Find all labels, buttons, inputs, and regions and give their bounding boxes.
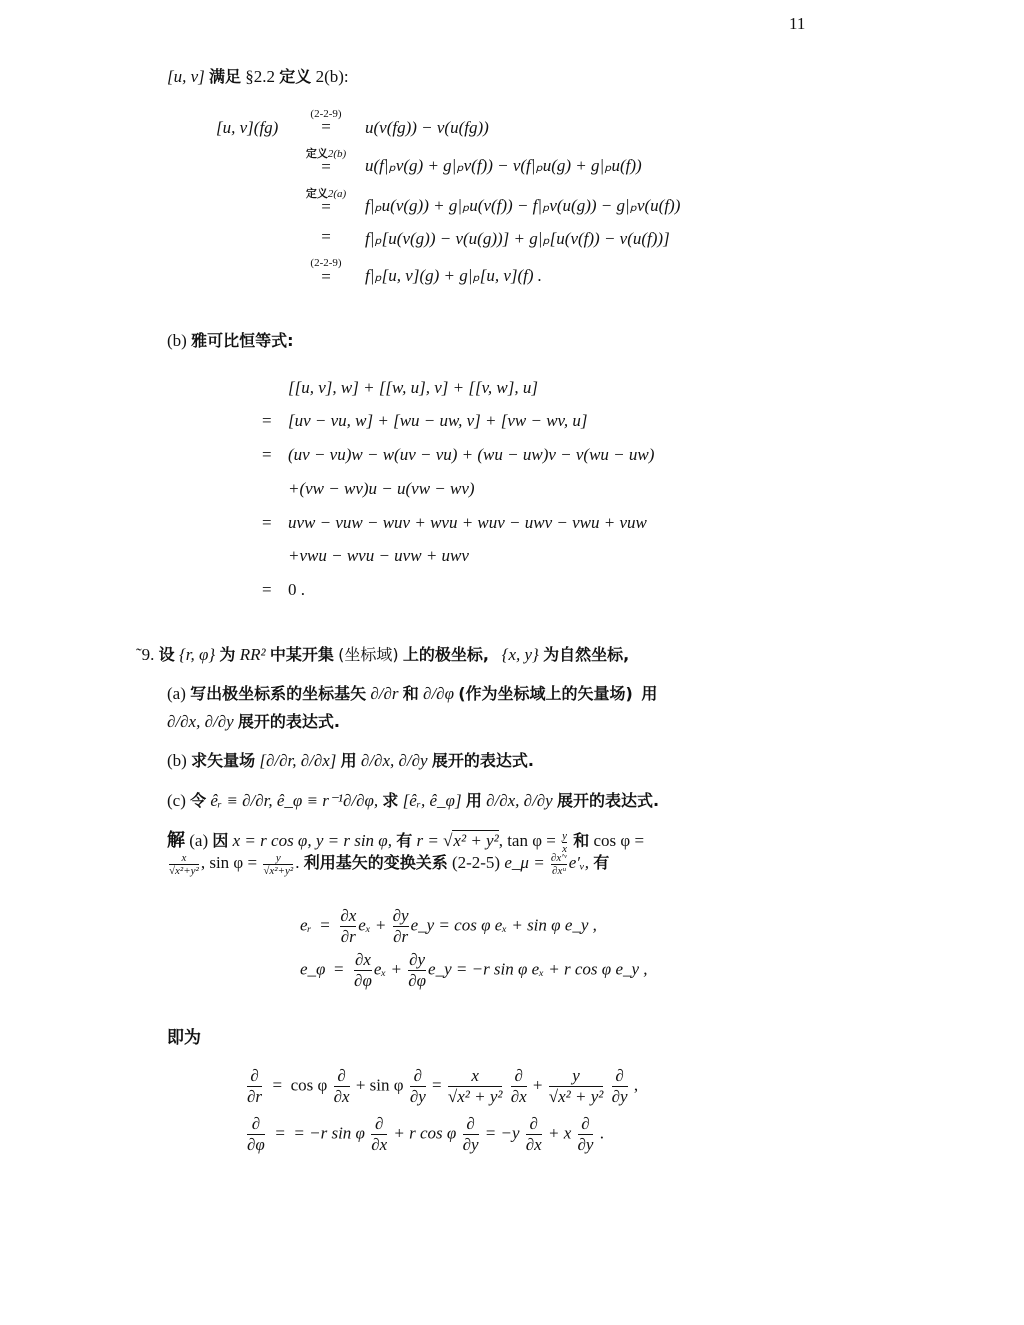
math-fragment: ∂y∂φ: [408, 950, 426, 991]
relation-label: 定义2(b) =: [296, 148, 356, 174]
basis-eq-r: eᵣ = ∂x∂reₓ + ∂y∂re_y = cos φ eₓ + sin φ…: [300, 906, 597, 947]
problem-9b: (b) 求矢量场 [∂/∂r, ∂/∂x] 用 ∂/∂x, ∂/∂y 展开的表达…: [167, 748, 534, 771]
math-fragment: 中某开集: [270, 645, 334, 664]
math-fragment: 利用基矢的变换关系: [304, 853, 448, 872]
math-fragment: cos φ: [291, 1075, 328, 1094]
math-fragment: ∂x∂φ: [354, 950, 372, 991]
math-fragment: x√x²+y²: [169, 852, 199, 877]
math-fragment: (a): [167, 684, 186, 703]
math-fragment: y: [549, 1066, 604, 1086]
math-fragment: 用: [466, 791, 482, 810]
relation-label: (2-2-9) =: [296, 258, 356, 284]
commutator-expr: [u, v]: [167, 67, 205, 86]
derivation-row: f|ₚu(v(g)) + g|ₚu(v(f)) − f|ₚv(u(g)) − g…: [365, 196, 680, 216]
math-fragment: =: [334, 959, 344, 978]
math-fragment: e_y = −r sin φ eₓ + r cos φ e_y ,: [428, 959, 648, 978]
math-fragment: ∂r: [393, 926, 409, 947]
math-fragment: 展开的表达式.: [238, 712, 340, 731]
math-fragment: 展开的表达式.: [432, 751, 534, 770]
part-b-heading: (b) 雅可比恒等式:: [167, 328, 293, 351]
math-fragment: ∂∂y: [410, 1066, 426, 1107]
math-fragment: √x²+y²: [263, 864, 293, 877]
math-fragment: (坐标域): [338, 645, 399, 664]
math-fragment: 为自然坐标,: [543, 645, 629, 664]
math-fragment: (作为坐标域上的矢量场): [458, 684, 633, 703]
math-fragment: .: [600, 1123, 604, 1142]
math-fragment: (c): [167, 791, 186, 810]
derivation-row: [[u, v], w] + [[w, u], v] + [[v, w], u]: [288, 378, 538, 398]
math-fragment: 写出极坐标系的坐标基矢: [190, 684, 366, 703]
math-fragment: =: [296, 230, 356, 244]
math-fragment: √x² + y²: [448, 1086, 503, 1107]
math-fragment: ∂y: [410, 1086, 426, 1107]
math-fragment: ∂x: [511, 1086, 527, 1107]
math-fragment: ∂∂x: [334, 1066, 350, 1107]
math-fragment: {x, y}: [502, 645, 539, 664]
problem-9-statement: ˜9. 设 {r, φ} 为 RR² 中某开集 (坐标域) 上的极坐标, {x,…: [136, 642, 629, 665]
math-fragment: 展开的表达式.: [557, 791, 659, 810]
math-fragment: 求: [382, 791, 398, 810]
intro-text: 定义: [279, 67, 311, 86]
math-fragment: {r, φ}: [179, 645, 215, 664]
math-fragment: ∂∂y: [612, 1066, 628, 1107]
math-fragment: =: [296, 160, 356, 174]
math-fragment: 令: [190, 791, 206, 810]
math-fragment: 因: [212, 831, 228, 850]
math-fragment: êᵣ ≡ ∂/∂r, ê_φ ≡ r⁻¹∂/∂φ,: [210, 791, 378, 810]
math-fragment: ∂x: [354, 950, 372, 970]
relation: =: [262, 513, 272, 533]
math-fragment: 上的极坐标,: [403, 645, 489, 664]
part-title: 雅可比恒等式:: [191, 331, 293, 350]
math-fragment: ∂φ: [354, 970, 372, 991]
math-fragment: [∂/∂r, ∂/∂x]: [259, 751, 336, 770]
math-fragment: ∂y: [612, 1086, 628, 1107]
math-fragment: √x² + y²: [549, 1086, 604, 1107]
math-fragment: r =: [416, 831, 438, 850]
math-fragment: 和: [573, 831, 589, 850]
math-fragment: ∂x: [334, 1086, 350, 1107]
math-fragment: ∂φ: [408, 970, 426, 991]
derivation-row: u(v(fg)) − v(u(fg)): [365, 118, 489, 138]
math-fragment: ∂∂r: [247, 1066, 262, 1107]
math-fragment: x² + y²: [558, 1087, 603, 1106]
math-fragment: =: [296, 270, 356, 284]
math-fragment: ∂: [410, 1066, 426, 1086]
math-fragment: (2-2-5): [452, 853, 500, 872]
math-fragment: eₓ +: [374, 959, 402, 978]
intro-line: [u, v] 满足 §2.2 定义 2(b):: [167, 64, 349, 87]
math-fragment: x√x² + y²: [448, 1066, 503, 1107]
math-fragment: , sin φ =: [201, 853, 257, 872]
derivation-row: +vwu − wvu − uvw + uwv: [288, 546, 469, 566]
math-fragment: e_φ: [300, 959, 325, 978]
math-fragment: 设: [159, 645, 175, 664]
math-fragment: = −r sin φ: [293, 1123, 365, 1142]
math-fragment: ∂: [371, 1114, 387, 1134]
math-fragment: ∂∂x: [511, 1066, 527, 1107]
math-fragment: ∂/∂r: [370, 684, 398, 703]
math-fragment: +: [533, 1075, 543, 1094]
math-fragment: + r cos φ: [393, 1123, 456, 1142]
math-fragment: =: [320, 915, 330, 934]
math-fragment: ∂y: [393, 906, 409, 926]
math-fragment: , tan φ =: [499, 831, 556, 850]
math-fragment: 和: [403, 684, 419, 703]
math-fragment: x: [169, 852, 199, 864]
math-fragment: =: [296, 200, 356, 214]
math-fragment: y√x² + y²: [549, 1066, 604, 1107]
math-fragment: 有: [593, 853, 609, 872]
math-fragment: ∂x∂r: [340, 906, 356, 947]
math-fragment: (b): [167, 751, 187, 770]
math-fragment: .: [295, 853, 299, 872]
math-fragment: (a): [189, 831, 208, 850]
solution-heading: 解: [167, 830, 185, 851]
math-fragment: ∂y: [578, 1134, 594, 1155]
math-fragment: ∂y: [408, 950, 426, 970]
derivation-lhs: [u, v](fg): [216, 118, 278, 138]
math-fragment: ∂∂x: [371, 1114, 387, 1155]
derivation-row: f|ₚ[u, v](g) + g|ₚ[u, v](f) .: [365, 266, 542, 286]
math-fragment: x²+y²: [175, 865, 199, 877]
math-fragment: 用: [341, 751, 357, 770]
derivation-row: +(vw − wv)u − u(vw − wv): [288, 479, 475, 499]
math-fragment: [êᵣ, ê_φ]: [403, 791, 462, 810]
math-fragment: ∂y∂r: [393, 906, 409, 947]
math-fragment: ∂x′ᵛ∂xᵘ: [551, 852, 567, 877]
relation: =: [262, 411, 272, 431]
math-fragment: =: [275, 1123, 285, 1142]
derivation-row: (uv − vu)w − w(uv − vu) + (wu − uw)v − v…: [288, 445, 654, 465]
math-fragment: eₓ +: [358, 915, 386, 934]
math-fragment: ∂: [511, 1066, 527, 1086]
section-ref: §2.2: [245, 67, 275, 86]
math-fragment: + sin φ: [356, 1075, 404, 1094]
math-fragment: RR²: [240, 645, 266, 664]
math-fragment: =: [432, 1075, 442, 1094]
ji-wei-text: 即为: [167, 1023, 201, 1048]
math-fragment: ,: [634, 1075, 638, 1094]
math-fragment: 有: [396, 831, 412, 850]
math-fragment: ∂∂y: [578, 1114, 594, 1155]
math-fragment: 用: [641, 684, 657, 703]
math-fragment: y: [562, 830, 567, 842]
math-fragment: 为: [219, 645, 235, 664]
math-fragment: x² + y²: [452, 830, 498, 850]
relation: =: [262, 580, 272, 600]
final-eq-r: ∂∂r = cos φ ∂∂x + sin φ ∂∂y = x√x² + y² …: [245, 1066, 638, 1107]
relation-label: 定义2(a) =: [296, 188, 356, 214]
problem-9a-line1: (a) 写出极坐标系的坐标基矢 ∂/∂r 和 ∂/∂φ (作为坐标域上的矢量场)…: [167, 681, 657, 704]
math-fragment: x = r cos φ, y = r sin φ,: [233, 831, 392, 850]
math-fragment: ∂∂x: [526, 1114, 542, 1155]
relation-label: (2-2-9) =: [296, 108, 356, 134]
math-fragment: e_y = cos φ eₓ + sin φ e_y ,: [411, 915, 597, 934]
derivation-row: uvw − vuw − wuv + wvu + wuv − uwv − vwu …: [288, 513, 647, 533]
math-fragment: ∂: [578, 1114, 594, 1134]
math-fragment: ∂: [612, 1066, 628, 1086]
math-fragment: ∂/∂x, ∂/∂y: [486, 791, 553, 810]
math-fragment: y: [263, 852, 293, 864]
math-fragment: e_μ =: [504, 853, 544, 872]
part-label: (b): [167, 331, 187, 350]
math-fragment: ∂x: [526, 1134, 542, 1155]
math-fragment: cos φ =: [594, 831, 645, 850]
math-fragment: ∂: [247, 1066, 262, 1086]
math-fragment: 求矢量场: [191, 751, 255, 770]
math-fragment: ∂: [526, 1114, 542, 1134]
math-fragment: y√x²+y²: [263, 852, 293, 877]
math-fragment: ∂: [247, 1114, 265, 1134]
math-fragment: ∂xᵘ: [551, 864, 567, 877]
math-fragment: ∂r: [247, 1086, 262, 1107]
math-fragment: =: [273, 1075, 283, 1094]
math-fragment: = −y: [485, 1123, 520, 1142]
math-fragment: ∂/∂x, ∂/∂y: [361, 751, 428, 770]
solution-line2: x√x²+y², sin φ = y√x²+y². 利用基矢的变换关系 (2-2…: [167, 850, 609, 877]
math-fragment: ∂/∂x, ∂/∂y: [167, 712, 234, 731]
math-fragment: x: [448, 1066, 503, 1086]
math-fragment: ∂∂φ: [247, 1114, 265, 1155]
derivation-row: f|ₚ[u(v(g)) − v(u(g))] + g|ₚ[u(v(f)) − v…: [365, 229, 670, 249]
math-fragment: ∂φ: [247, 1134, 265, 1155]
math-fragment: =: [296, 120, 356, 134]
final-eq-phi: ∂∂φ = = −r sin φ ∂∂x + r cos φ ∂∂y = −y …: [245, 1114, 604, 1155]
math-fragment: ∂: [334, 1066, 350, 1086]
math-fragment: x² + y²: [457, 1087, 502, 1106]
problem-9a-line2: ∂/∂x, ∂/∂y 展开的表达式.: [167, 709, 340, 732]
derivation-row: u(f|ₚv(g) + g|ₚv(f)) − v(f|ₚu(g) + g|ₚu(…: [365, 156, 642, 176]
intro-text: 2(b):: [316, 67, 349, 86]
intro-text: 满足: [209, 67, 241, 86]
relation: =: [262, 445, 272, 465]
problem-number: ˜9.: [136, 645, 154, 664]
math-fragment: x²+y²: [269, 865, 293, 877]
math-fragment: ∂: [463, 1114, 479, 1134]
math-fragment: √x²+y²: [169, 864, 199, 877]
basis-eq-phi: e_φ = ∂x∂φeₓ + ∂y∂φe_y = −r sin φ eₓ + r…: [300, 950, 648, 991]
math-fragment: ∂r: [340, 926, 356, 947]
math-fragment: + x: [548, 1123, 571, 1142]
math-fragment: ∂/∂φ: [423, 684, 454, 703]
math-fragment: ∂x: [371, 1134, 387, 1155]
math-fragment: ∂x: [340, 906, 356, 926]
math-fragment: ∂y: [463, 1134, 479, 1155]
math-fragment: ∂∂y: [463, 1114, 479, 1155]
math-fragment: e′ᵥ,: [569, 853, 589, 872]
math-fragment: √x² + y²: [443, 830, 499, 850]
derivation-row: 0 .: [288, 580, 305, 600]
math-fragment: ∂x′ᵛ: [551, 852, 567, 864]
math-fragment: eᵣ: [300, 915, 312, 934]
problem-9c: (c) 令 êᵣ ≡ ∂/∂r, ê_φ ≡ r⁻¹∂/∂φ, 求 [êᵣ, ê…: [167, 788, 659, 811]
page-number: 11: [789, 14, 805, 34]
relation-label: =: [296, 230, 356, 244]
derivation-row: [uv − vu, w] + [wu − uw, v] + [vw − wv, …: [288, 411, 587, 431]
